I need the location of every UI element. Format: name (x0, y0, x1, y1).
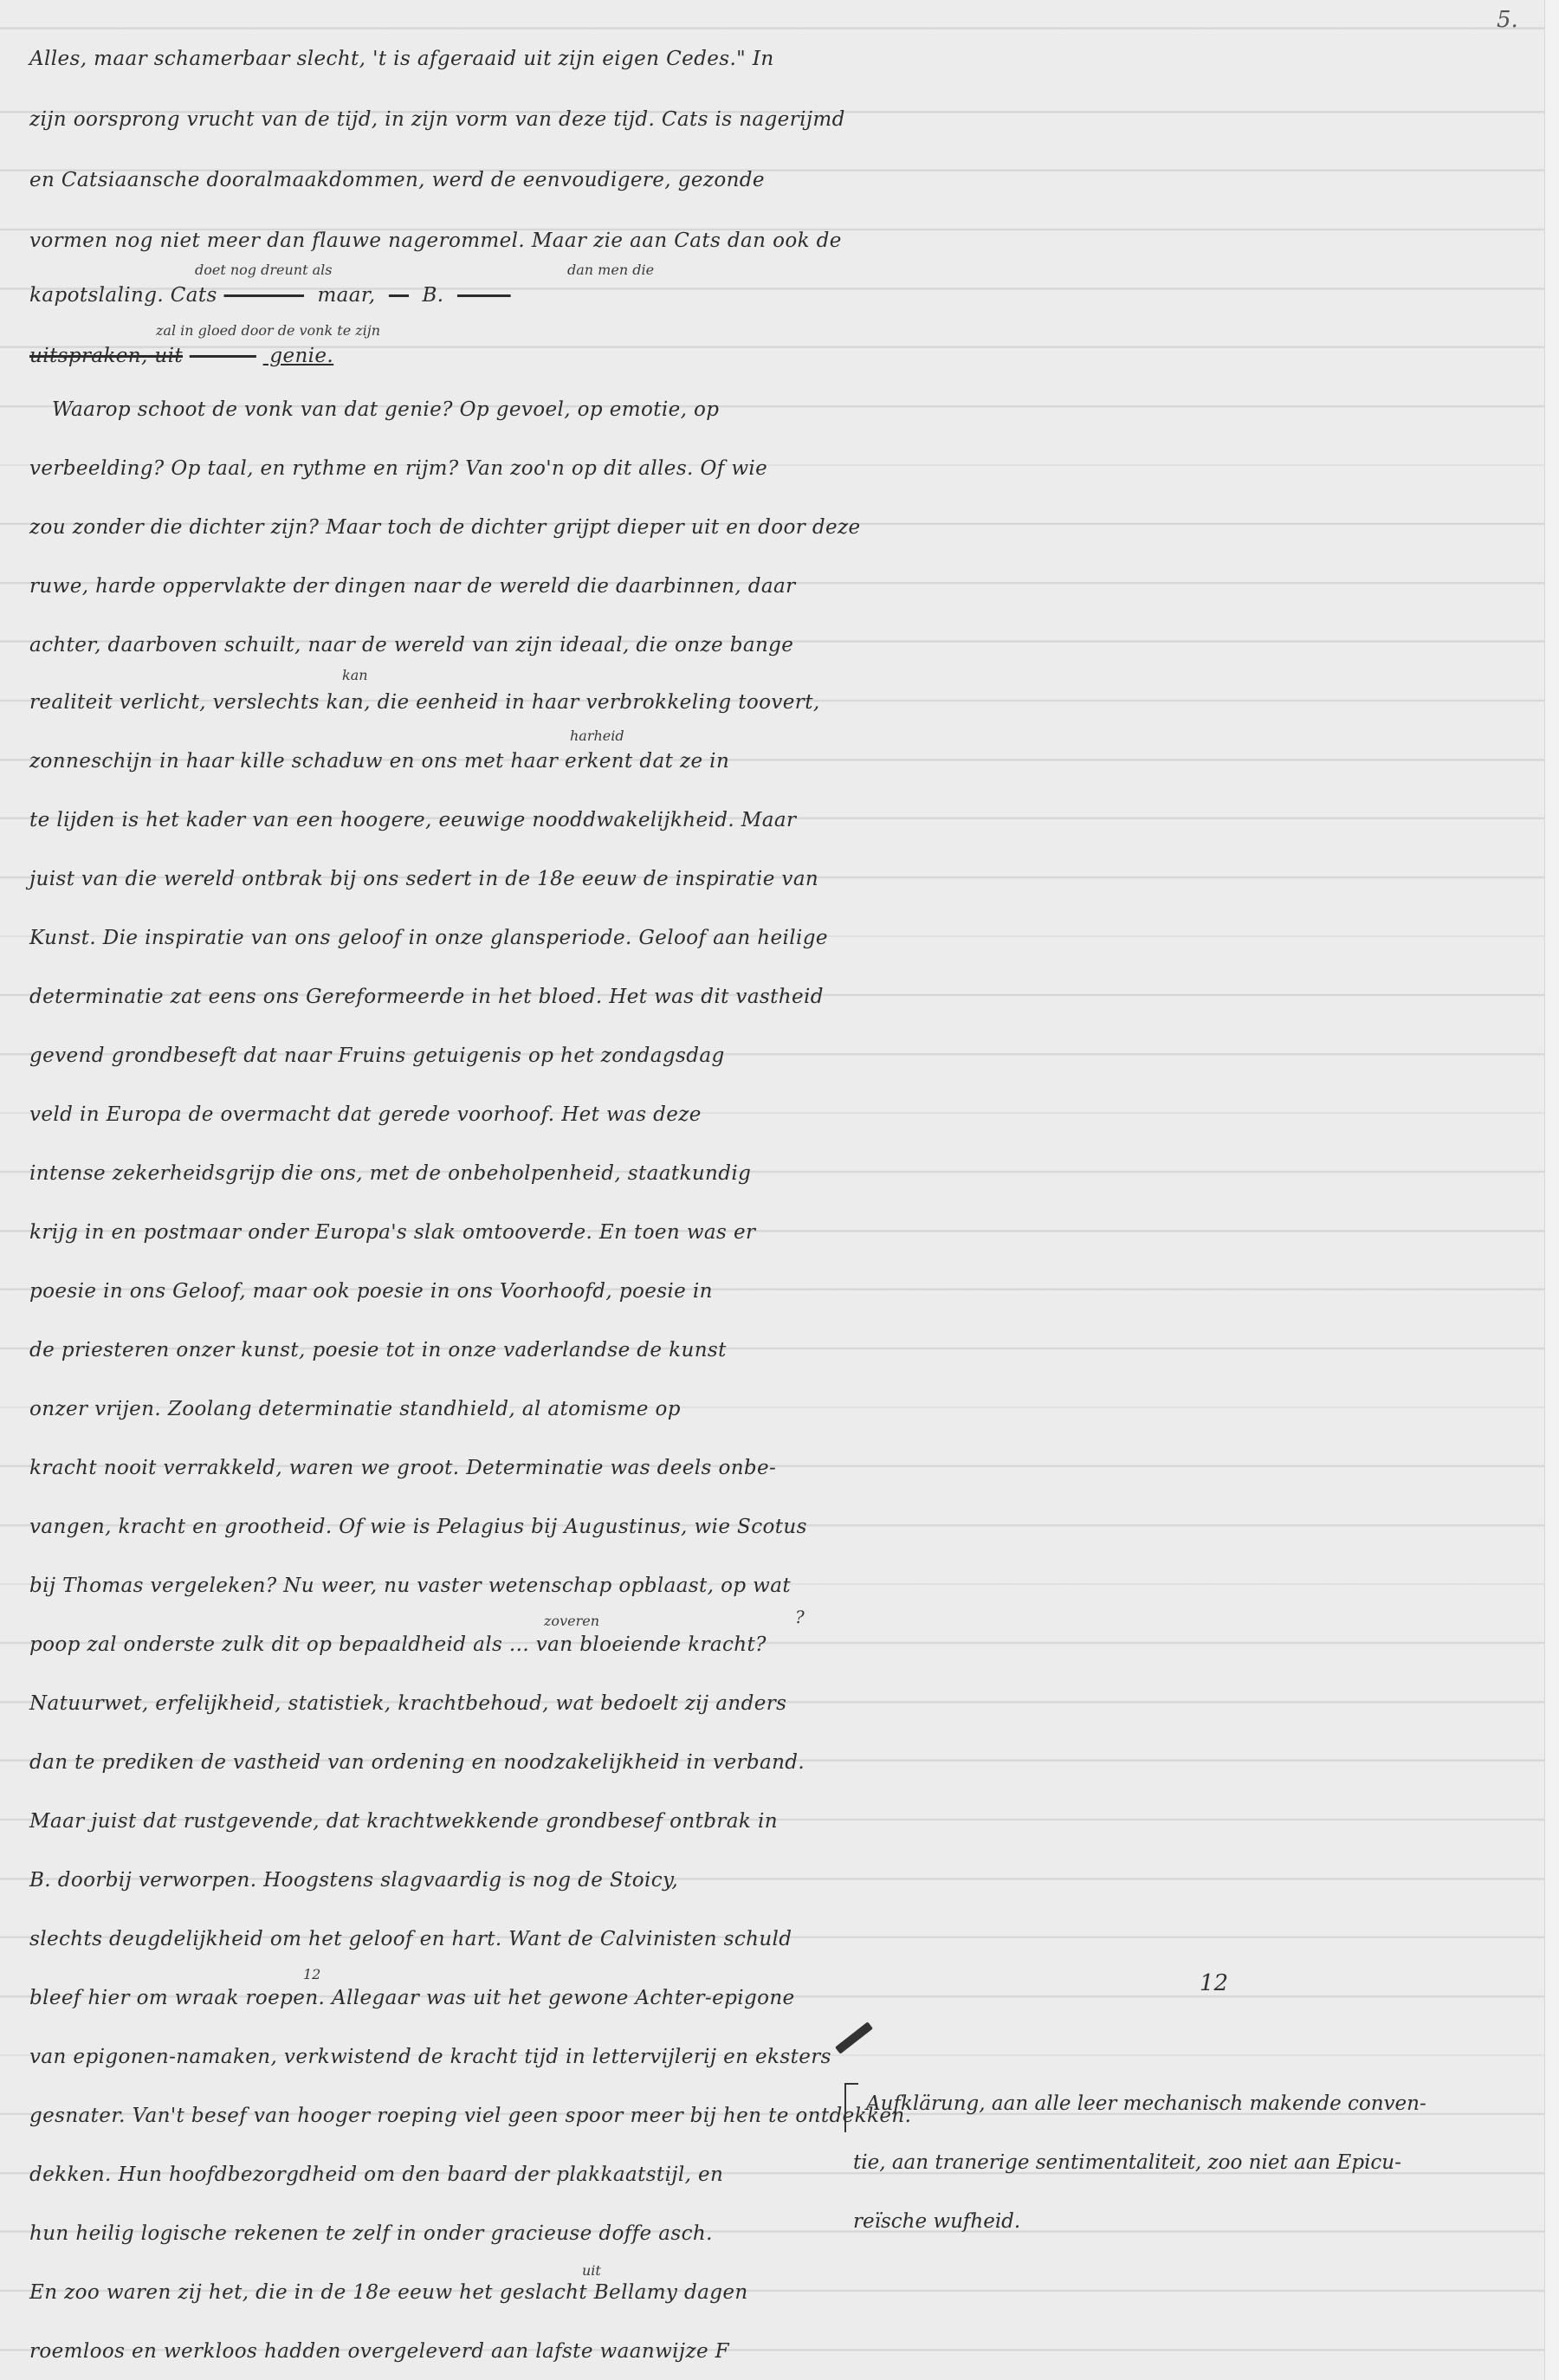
text-line: poesie in ons Geloof, maar ook poesie in… (29, 1280, 713, 1303)
text-line: bij Thomas vergeleken? Nu weer, nu vaste… (29, 1575, 791, 1597)
text-line: juist van die wereld ontbrak bij ons sed… (29, 868, 818, 890)
text-line: Kunst. Die inspiratie van ons geloof in … (29, 927, 828, 949)
struck-text (457, 284, 511, 307)
page-edge (1544, 0, 1559, 2380)
text-line: poop zal onderste zulk dit op bepaaldhei… (29, 1633, 767, 1656)
text-line: hun heilig logische rekenen te zelf in o… (29, 2222, 713, 2245)
struck-text: uitspraken, uit (29, 345, 183, 367)
text-line: En zoo waren zij het, die in de 18e eeuw… (29, 2281, 748, 2304)
text-fragment: B. (416, 284, 450, 307)
footnote-line: Aufklärung, aan alle leer mechanisch mak… (866, 2092, 1426, 2115)
text-line: uitspraken, uit genie. (29, 345, 333, 367)
text-line: te lijden is het kader van een hoogere, … (29, 809, 796, 831)
text-line: en Catsiaansche dooralmaakdommen, werd d… (29, 169, 765, 191)
footnote-number: 12 (1200, 1970, 1228, 1996)
text-line: bleef hier om wraak roepen. Allegaar was… (29, 1987, 795, 2009)
text-line: van epigonen-namaken, verkwistend de kra… (29, 2046, 831, 2068)
text-line: gesnater. Van't besef van hooger roeping… (29, 2105, 911, 2127)
text-line: zou zonder die dichter zijn? Maar toch d… (29, 516, 861, 539)
text-line: intense zekerheidsgrijp die ons, met de … (29, 1162, 751, 1185)
text-line: vangen, kracht en grootheid. Of wie is P… (29, 1516, 807, 1538)
text-line: slechts deugdelijkheid om het geloof en … (29, 1928, 792, 1950)
text-line: de priesteren onzer kunst, poesie tot in… (29, 1339, 727, 1361)
text-line: dekken. Hun hoofdbezorgdheid om den baar… (29, 2163, 723, 2186)
text-line: krijg in en postmaar onder Europa's slak… (29, 1221, 755, 1244)
interlinear-insertion: harheid (570, 728, 624, 744)
text-line: Waarop schoot de vonk van dat genie? Op … (52, 398, 719, 421)
text-fragment: genie. (263, 345, 334, 367)
text-line: Natuurwet, erfelijkheid, statistiek, kra… (29, 1692, 786, 1715)
text-line: kracht nooit verrakkeld, waren we groot.… (29, 1457, 776, 1479)
text-line: onzer vrijen. Zoolang determinatie stand… (29, 1398, 681, 1420)
text-line: vormen nog niet meer dan flauwe nageromm… (29, 230, 842, 252)
text-line: kapotslaling. Cats maar, B. (29, 284, 511, 307)
footnote-line: reïsche wufheid. (853, 2210, 1020, 2233)
text-line: Maar juist dat rustgevende, dat krachtwe… (29, 1810, 778, 1833)
struck-text (190, 345, 256, 367)
text-line: determinatie zat eens ons Gereformeerde … (29, 986, 824, 1008)
interlinear-insertion: ? (795, 1607, 805, 1627)
footnote-reference: 12 (303, 1966, 320, 1982)
interlinear-insertion: zal in gloed door de vonk te zijn (156, 322, 380, 339)
struck-text (389, 284, 409, 307)
text-line: verbeelding? Op taal, en rythme en rijm?… (29, 457, 767, 480)
struck-text (223, 284, 304, 307)
text-line: realiteit verlicht, verslechts kan, die … (29, 691, 820, 714)
interlinear-insertion: kan (342, 667, 368, 683)
text-line: zijn oorsprong vrucht van de tijd, in zi… (29, 108, 845, 131)
text-line: gevend grondbeseft dat naar Fruins getui… (29, 1044, 725, 1067)
text-line: achter, daarboven schuilt, naar de werel… (29, 634, 793, 656)
text-line: Alles, maar schamerbaar slecht, 't is af… (29, 48, 774, 70)
footnote-line: tie, aan tranerige sentimentaliteit, zoo… (853, 2151, 1401, 2174)
text-line: dan te prediken de vastheid van ordening… (29, 1751, 805, 1774)
interlinear-insertion: zoveren (544, 1613, 599, 1629)
text-line: roemloos en werkloos hadden overgeleverd… (29, 2340, 729, 2363)
interlinear-insertion: doet nog dreunt als (195, 262, 332, 278)
text-line: B. doorbij verworpen. Hoogstens slagvaar… (29, 1869, 678, 1892)
text-line: veld in Europa de overmacht dat gerede v… (29, 1103, 702, 1126)
interlinear-insertion: dan men die (567, 262, 654, 278)
interlinear-insertion: uit (582, 2262, 601, 2279)
text-line: ruwe, harde oppervlakte der dingen naar … (29, 575, 795, 598)
text-fragment: maar, (311, 284, 382, 307)
text-line: zonneschijn in haar kille schaduw en ons… (29, 750, 729, 773)
page-number: 5. (1497, 7, 1518, 33)
text-fragment: kapotslaling. Cats (29, 284, 217, 307)
footnote-bracket-icon (844, 2083, 858, 2132)
